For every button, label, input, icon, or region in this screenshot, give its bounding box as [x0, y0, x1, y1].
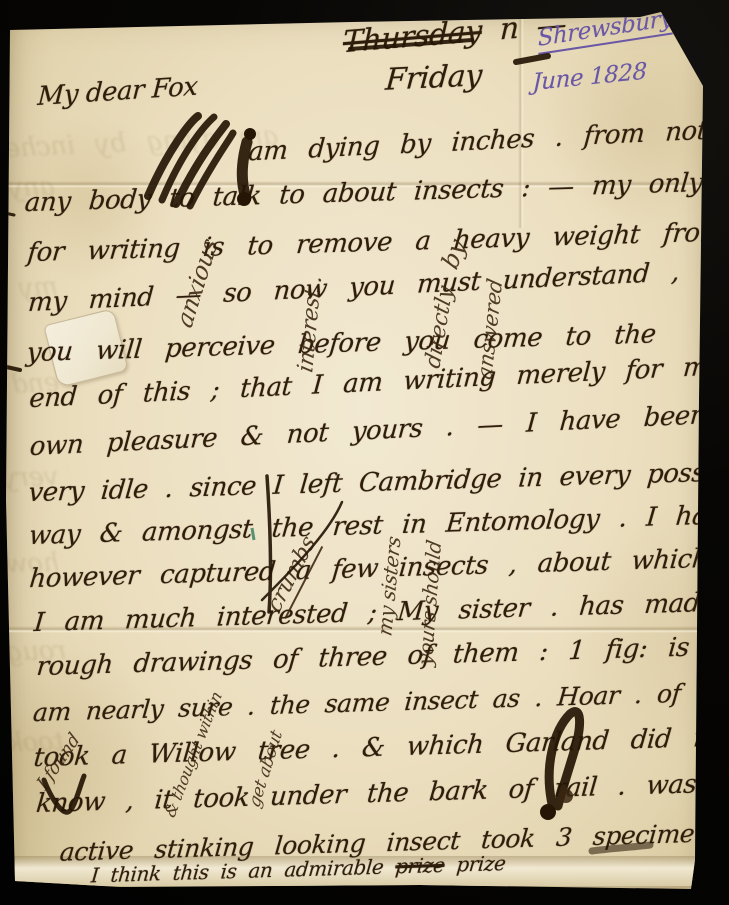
handwriting-line: own pleasure & not yours . — I have been: [29, 402, 707, 460]
handwriting-line: am nearly sure . the same insect as . Ho…: [32, 678, 729, 725]
handwriting-line: way & amongst the rest in Entomology . I…: [28, 502, 729, 549]
archivist-annotation: June 1828: [532, 60, 647, 95]
handwriting-line: Friday: [384, 61, 483, 96]
handwriting-line: am dying by inches . from not having: [247, 113, 729, 166]
handwriting-line: however captured a few insects , about w…: [28, 546, 709, 592]
handwriting-text: prize: [443, 851, 506, 877]
handwriting-line: rough drawings of three of them : 1 fig:…: [35, 634, 721, 680]
handwriting-layer: Thursday n̄ —FridayShrewsburyJune 1828My…: [0, 0, 729, 905]
insertion-word: interest .: [295, 274, 326, 375]
handwriting-line: very idle . since I left Cambridge in ev…: [27, 459, 729, 507]
letter-paper: am dying by inches . from not havingany …: [0, 0, 729, 905]
handwriting-line: My dear Fox: [37, 74, 199, 110]
handwriting-line: know , it took under the bark of rail . …: [35, 769, 729, 817]
struck-word: prize: [394, 853, 445, 879]
handwriting-line: took a Willow tree . & which Garland did…: [32, 724, 729, 771]
handwriting-line: any body to talk to about insects : — my…: [24, 167, 729, 216]
